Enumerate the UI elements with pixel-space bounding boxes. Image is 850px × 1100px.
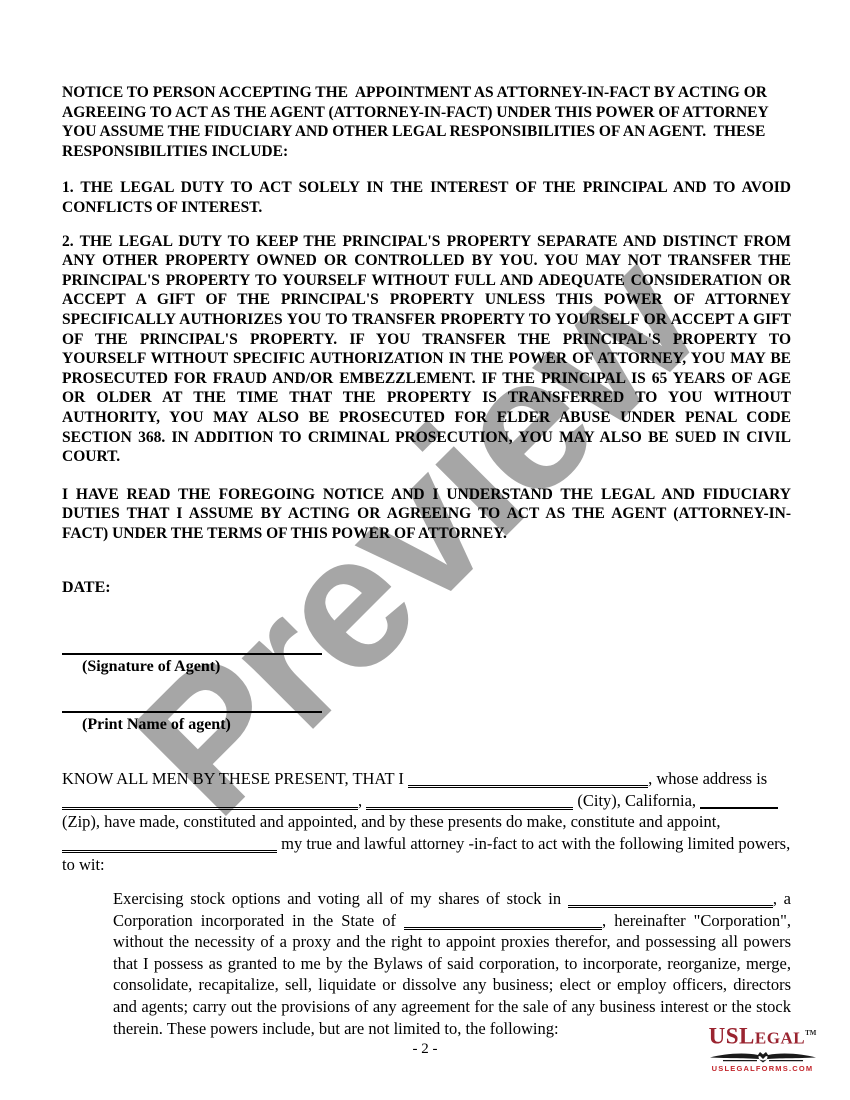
blank-city xyxy=(366,807,573,810)
appointment-text: KNOW ALL MEN BY THESE PRESENT, THAT I xyxy=(62,769,408,788)
blank-principal-name xyxy=(408,785,648,788)
trademark-symbol: TM xyxy=(805,1029,816,1037)
duty-1-paragraph: 1. THE LEGAL DUTY TO ACT SOLELY IN THE I… xyxy=(62,178,791,217)
uslegal-website-url: USLEGALFORMS.COM xyxy=(705,1064,820,1073)
appointment-text: my true and lawful attorney -in-fact to … xyxy=(62,834,790,875)
blank-zip xyxy=(700,807,778,809)
logo-text-small: EGAL xyxy=(755,1029,805,1048)
powers-text: Exercising stock options and voting all … xyxy=(113,889,568,908)
date-label: DATE: xyxy=(62,578,791,598)
document-content: NOTICE TO PERSON ACCEPTING THE APPOINTME… xyxy=(62,83,791,1039)
blank-street-address xyxy=(62,807,358,810)
blank-state-of-incorporation xyxy=(404,927,602,930)
duty-2-paragraph: 2. THE LEGAL DUTY TO KEEP THE PRINCIPAL'… xyxy=(62,232,791,467)
appointment-text: , whose address is xyxy=(648,769,767,788)
signature-caption: (Signature of Agent) xyxy=(82,657,791,676)
acknowledgment-paragraph: I HAVE READ THE FOREGOING NOTICE AND I U… xyxy=(62,485,791,544)
print-name-caption: (Print Name of agent) xyxy=(82,715,791,734)
print-name-line xyxy=(62,711,322,713)
appointment-text: (Zip), have made, constituted and appoin… xyxy=(62,812,720,831)
appointment-text: , xyxy=(358,791,366,810)
blank-agent-name xyxy=(62,850,277,853)
uslegal-logo: USLEGALTM USLEGALFORMS.COM xyxy=(705,1022,820,1073)
notice-intro-paragraph: NOTICE TO PERSON ACCEPTING THE APPOINTME… xyxy=(62,83,791,161)
blank-corporation-name xyxy=(568,905,773,908)
logo-text-large: USL xyxy=(709,1024,755,1049)
signature-line xyxy=(62,653,322,655)
appointment-text: (City), California, xyxy=(573,791,700,810)
uslegal-logo-wordmark: USLEGALTM xyxy=(705,1022,820,1050)
powers-paragraph: Exercising stock options and voting all … xyxy=(113,888,791,1039)
eagle-wings-icon xyxy=(708,1051,818,1063)
document-page: Preview NOTICE TO PERSON ACCEPTING THE A… xyxy=(0,0,850,1100)
appointment-paragraph: KNOW ALL MEN BY THESE PRESENT, THAT I , … xyxy=(62,768,791,876)
